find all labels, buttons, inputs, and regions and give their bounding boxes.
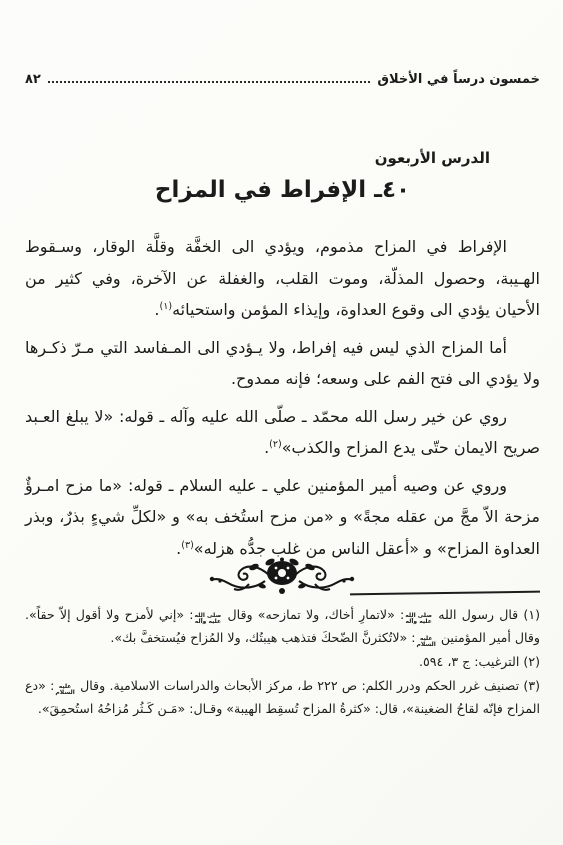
body-paragraph-1: الإفراط في المزاح مذموم، ويؤدي الى الخفَ… (25, 231, 540, 326)
footnote-separator (350, 591, 540, 596)
footnote-text: (٣) تصنيف غرر الحكم ودرر الكلم: ص ٢٢٢ ط،… (76, 678, 540, 693)
footnote-1: (١) قال رسول الله صلى اللهعليه وآله: «لا… (25, 603, 540, 649)
paragraph-text: روي عن خير رسل الله محمّد ـ صلّى الله عل… (25, 407, 540, 458)
page-header: خمسون درساً في الأخلاق ٨٢ (25, 72, 540, 87)
book-title: خمسون درساً في الأخلاق (377, 72, 540, 87)
footnote-3: (٣) تصنيف غرر الحكم ودرر الكلم: ص ٢٢٢ ط،… (25, 674, 540, 720)
footnote-ref-1: (١) (160, 301, 173, 312)
footnote-zone: (١) قال رسول الله صلى اللهعليه وآله: «لا… (25, 592, 540, 721)
honorific-alayhis-salam-icon: عليهالسلام (416, 636, 435, 647)
dotted-leader (48, 72, 371, 83)
body-text: الإفراط في المزاح مذموم، ويؤدي الى الخفَ… (25, 231, 540, 564)
footnotes: (١) قال رسول الله صلى اللهعليه وآله: «لا… (25, 603, 540, 720)
footnote-text: (٢) الترغيب: ج ٣، ٥٩٤. (419, 654, 540, 669)
paragraph-text: أما المزاح الذي ليس فيه إفراط، ولا يـؤدي… (25, 338, 540, 389)
page-number: ٨٢ (25, 72, 41, 87)
lesson-label: الدرس الأربعون (25, 149, 540, 167)
footnote-text: (١) قال رسول الله (433, 607, 540, 622)
chapter-title: ٤٠ـ الإفراط في المزاح (25, 177, 540, 203)
footnote-ref-3: (٣) (181, 540, 194, 551)
body-paragraph-2: أما المزاح الذي ليس فيه إفراط، ولا يـؤدي… (25, 332, 540, 395)
footnote-text: : «لاتُكثرنَّ الضّحكَ فتذهب هيبتُك، ولا … (110, 630, 415, 645)
book-page: خمسون درساً في الأخلاق ٨٢ الدرس الأربعون… (0, 0, 563, 845)
paragraph-text: الإفراط في المزاح مذموم، ويؤدي الى الخفَ… (25, 237, 540, 319)
paragraph-text: وروي عن وصيه أمير المؤمنين علي ـ عليه ال… (25, 476, 540, 558)
footnote-ref-2: (٢) (269, 439, 282, 450)
honorific-pbuh-icon: صلى اللهعليه وآله (195, 613, 222, 624)
footnote-text: : «لاتمارِ أخاك، ولا تمازحه» وقال (222, 607, 404, 622)
honorific-alayhis-salam-icon: عليهالسلام (55, 684, 74, 695)
footnote-2: (٢) الترغيب: ج ٣، ٥٩٤. (25, 650, 540, 673)
honorific-pbuh-icon: صلى اللهعليه وآله (405, 613, 432, 624)
body-paragraph-3: روي عن خير رسل الله محمّد ـ صلّى الله عل… (25, 401, 540, 464)
body-paragraph-4: وروي عن وصيه أمير المؤمنين علي ـ عليه ال… (25, 470, 540, 565)
